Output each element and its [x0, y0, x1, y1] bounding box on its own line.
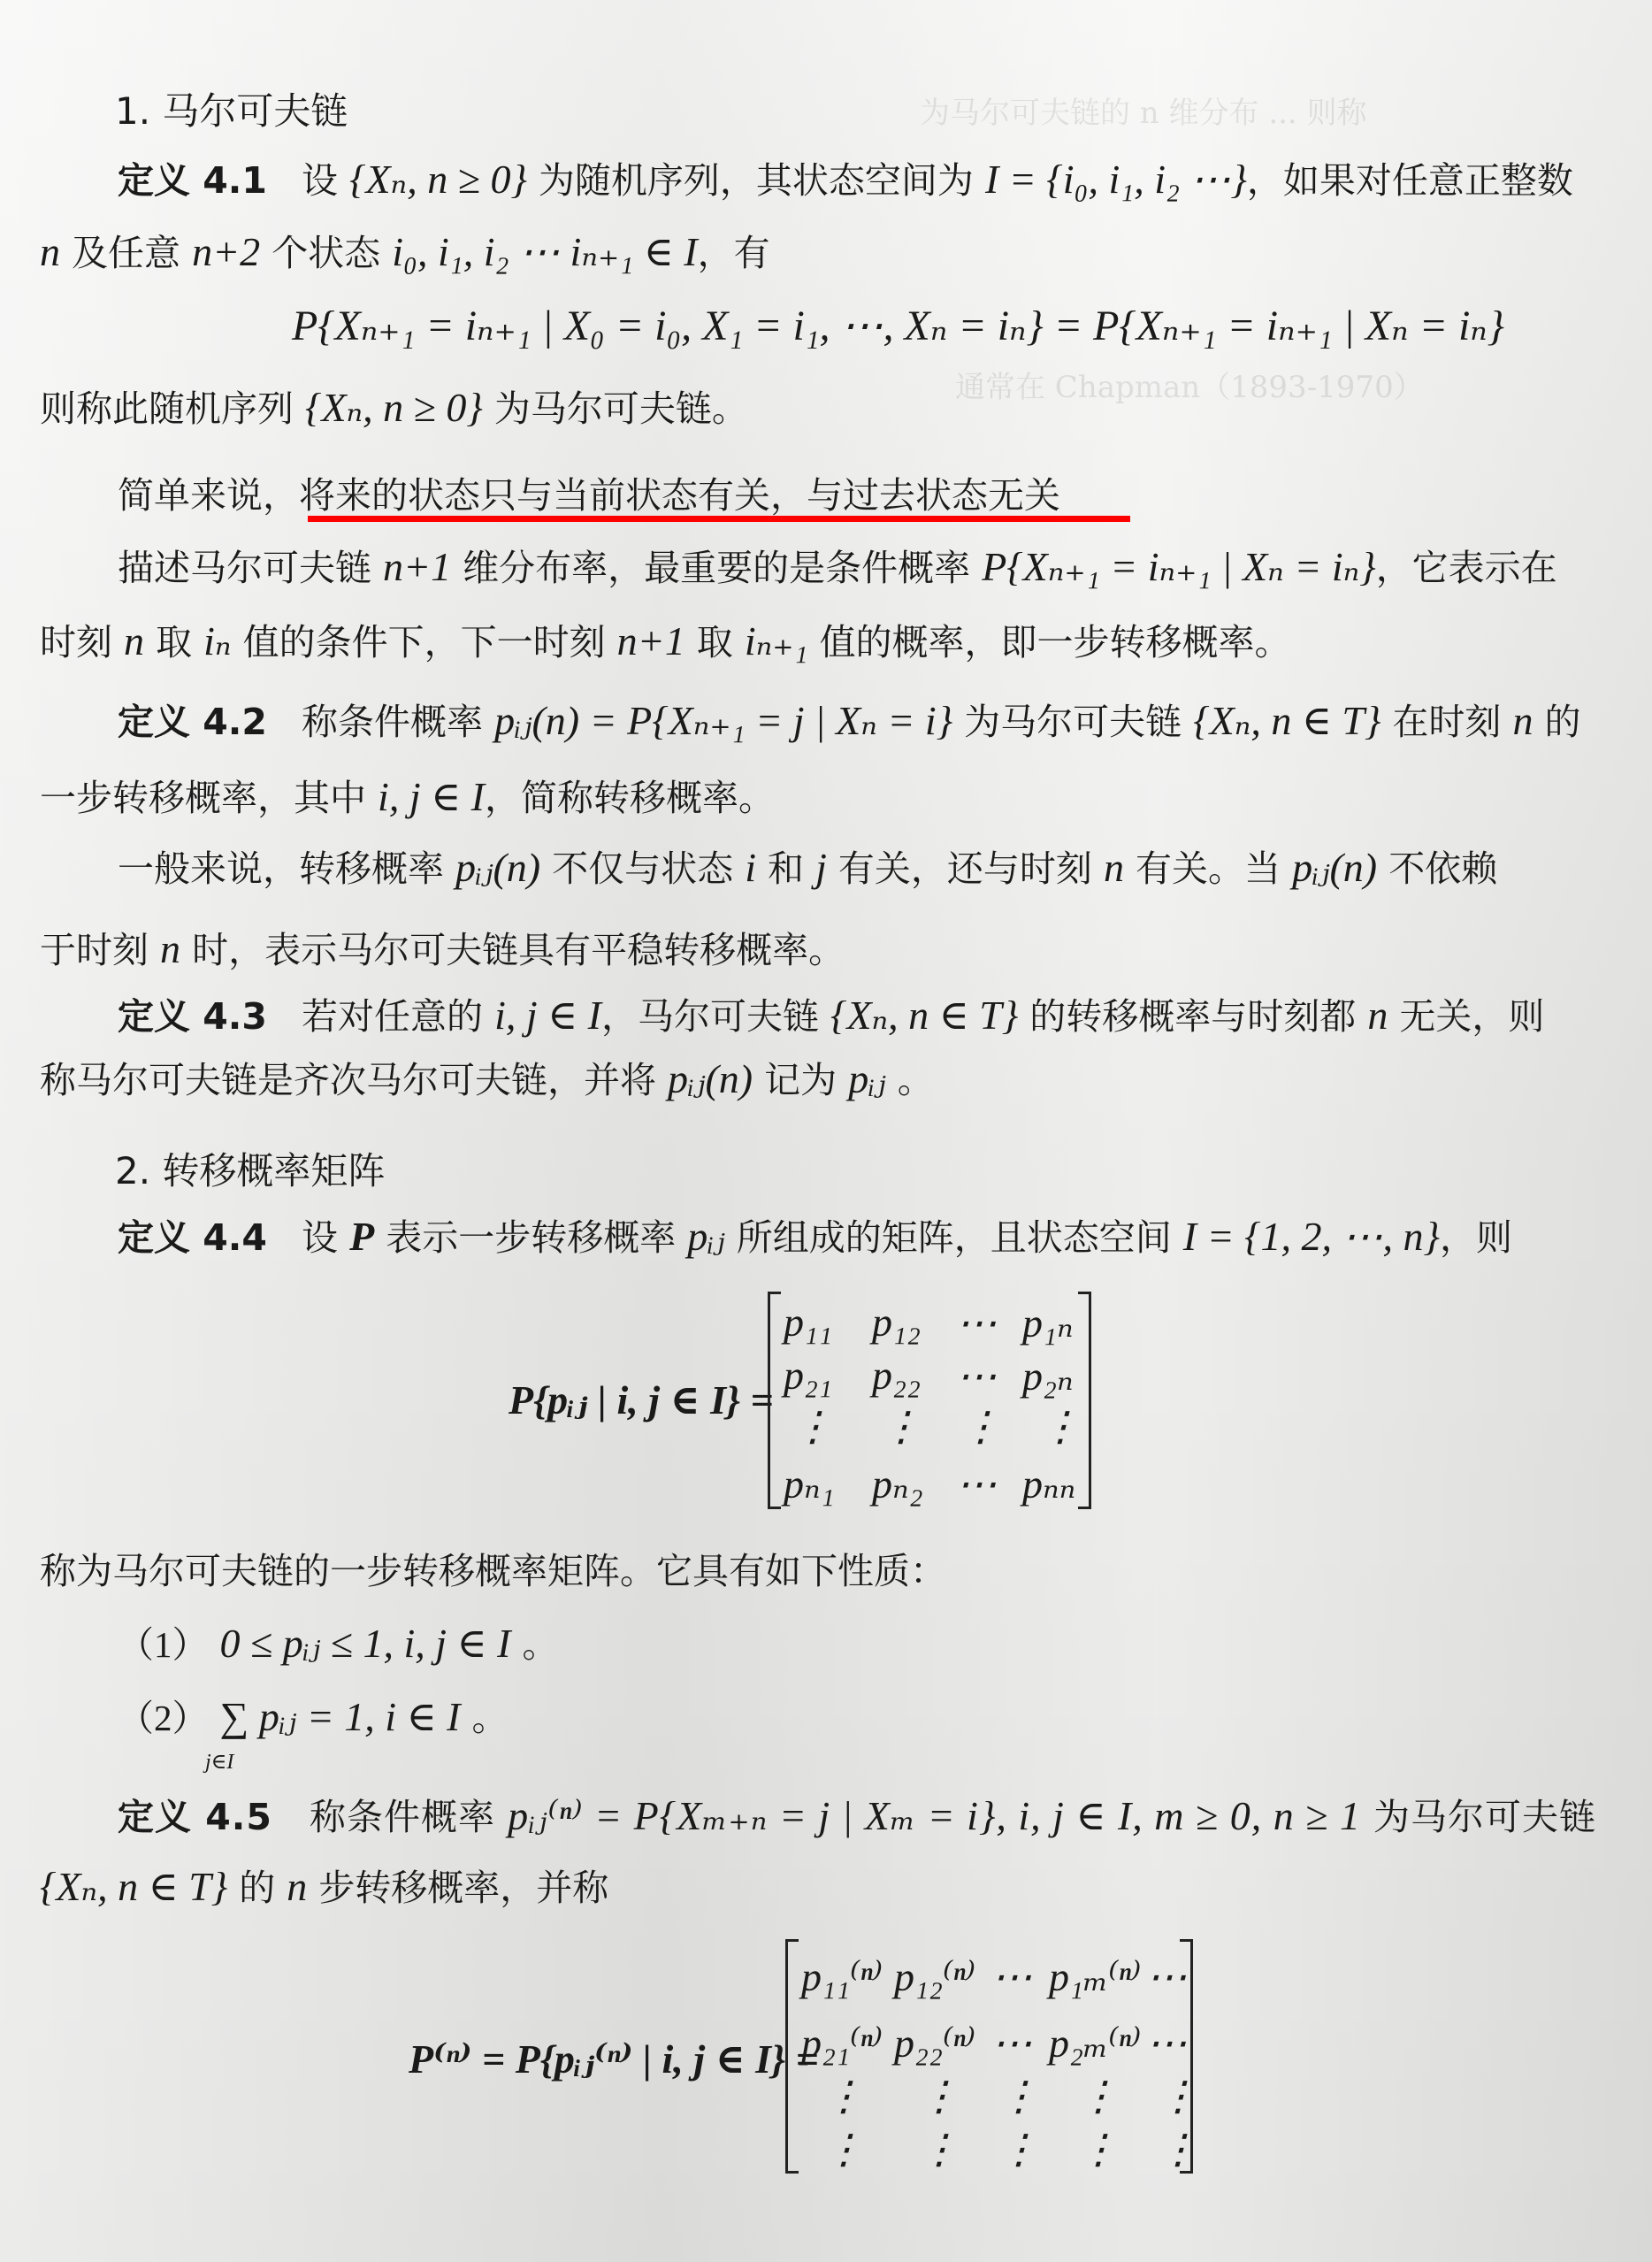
matrix-cell: p₂ₙ [1022, 1352, 1074, 1399]
paragraph-3-line-1: 一般来说，转移概率 pᵢⱼ(n) 不仅与状态 i 和 j 有关，还与时刻 n 有… [118, 847, 1497, 888]
matrix-cell: p₂₂ [872, 1352, 921, 1399]
math-inline: pᵢⱼ(n) [668, 1056, 753, 1101]
math-inline: pᵢⱼ(n) = P{Xₙ₊₁ = j | Xₙ = i} [494, 698, 952, 743]
text: 则称此随机序列 [40, 387, 294, 430]
math-inline: n [160, 926, 180, 971]
text: 一般来说，转移概率 [118, 847, 444, 890]
text: 表示一步转移概率 [386, 1216, 676, 1259]
math-inline: j [815, 845, 827, 890]
text: 时，表示马尔可夫链具有平稳转移概率。 [192, 929, 845, 971]
matrix-description: 称为马尔可夫链的一步转移概率矩阵。它具有如下性质： [40, 1553, 946, 1590]
text: 为随机序列，其状态空间为 [539, 159, 974, 202]
definition-label: 定义 4.5 [118, 1796, 272, 1838]
text: 为马尔可夫链 [1373, 1796, 1596, 1838]
text: 设 [302, 1216, 338, 1259]
math-inline: iₙ [203, 618, 231, 663]
math-inline: n [40, 229, 60, 274]
text: 简单来说， [118, 474, 299, 517]
math-inline: n [1104, 845, 1124, 890]
matrix-cell: pₙₙ [1022, 1460, 1075, 1507]
matrix-cell: ⋮ [1078, 2125, 1119, 2173]
text: 维分布率，最重要的是条件概率 [463, 547, 970, 589]
math-inline: n+1 [617, 618, 685, 663]
text: 值的条件下，下一时刻 [243, 621, 606, 663]
math-inline: n [1512, 698, 1533, 743]
text: ，有 [698, 232, 770, 274]
math-inline: pᵢⱼ [848, 1056, 885, 1101]
matrix-cell: p₂₁ [784, 1352, 832, 1399]
math-inline: n [287, 1864, 307, 1909]
matrix-cell: ⋮ [1158, 2125, 1198, 2173]
math-inline: {Xₙ, n ≥ 0} [305, 385, 483, 430]
definition-label: 定义 4.3 [118, 995, 267, 1038]
text: ，简称转移概率。 [485, 777, 775, 819]
math-inline: {Xₙ, n ∈ T} [1193, 698, 1380, 743]
definition-4-1-line-2: n 及任意 n+2 个状态 i₀, i₁, i₂ ⋯ iₙ₊₁ ∈ I，有 [40, 232, 770, 272]
definition-label: 定义 4.4 [118, 1216, 267, 1259]
highlighted-phrase: 将来的状态只与当前状态有关，与过去状态无关 [299, 474, 1060, 517]
matrix-cell: p₁ₘ⁽ⁿ⁾ [1049, 1952, 1141, 2000]
matrix-cell: ⋮ [1078, 2072, 1119, 2120]
matrix-cell: p₁₂⁽ⁿ⁾ [894, 1952, 975, 2000]
text: 不依赖 [1388, 847, 1497, 890]
text: 有关。当 [1136, 847, 1281, 890]
matrix-cell: ⋯ [991, 2019, 1032, 2066]
math-inline: pᵢⱼ⁽ⁿ⁾ = P{Xₘ₊ₙ = j | Xₘ = i}, i, j ∈ I,… [508, 1793, 1361, 1838]
bleed-through-text: 通常在 Chapman（1893-1970） [955, 363, 1424, 406]
text: 称马尔可夫链是齐次马尔可夫链，并将 [40, 1059, 656, 1101]
text: 。 [898, 1059, 934, 1101]
text: 描述马尔可夫链 [118, 547, 371, 589]
matrix-cell: p₂ₘ⁽ⁿ⁾ [1049, 2019, 1141, 2066]
definition-4-5-line-1: 定义 4.5 称条件概率 pᵢⱼ⁽ⁿ⁾ = P{Xₘ₊ₙ = j | Xₘ = … [118, 1796, 1596, 1836]
matrix-cell: ⋯ [956, 1299, 997, 1346]
text: 步转移概率，并称 [318, 1867, 608, 1909]
math-inline: pᵢⱼ(n) [455, 845, 540, 890]
text: ，它表示在 [1376, 547, 1557, 589]
text: 的 [1545, 701, 1581, 743]
matrix-cell: ⋮ [998, 2072, 1039, 2120]
definition-4-5-line-2: {Xₙ, n ∈ T} 的 n 步转移概率，并称 [40, 1867, 608, 1907]
math-inline: n [1367, 993, 1388, 1038]
math-inline: n+1 [383, 544, 451, 589]
text: 在时刻 [1392, 701, 1501, 743]
matrix-cell: ⋮ [1040, 1402, 1081, 1450]
property-number: （1） [118, 1624, 209, 1665]
math-inline: i, j ∈ I [494, 993, 601, 1038]
one-step-transition-matrix: p₁₁ p₁₂ ⋯ p₁ₙ p₂₁ p₂₂ ⋯ p₂ₙ ⋮ ⋮ ⋮ ⋮ pₙ₁ … [768, 1292, 1091, 1509]
text: 和 [768, 847, 804, 890]
matrix-cell: ⋮ [823, 2072, 864, 2120]
matrix-cell: ⋮ [919, 2072, 960, 2120]
matrix-cell: ⋯ [1146, 1952, 1187, 2000]
definition-4-2-line-2: 一步转移概率，其中 i, j ∈ I，简称转移概率。 [40, 777, 775, 817]
text: 。 [522, 1623, 558, 1666]
math-inline: {Xₙ, n ∈ T} [830, 993, 1018, 1038]
definition-4-2-line-1: 定义 4.2 称条件概率 pᵢⱼ(n) = P{Xₙ₊₁ = j | Xₙ = … [118, 701, 1581, 741]
math-inline: {Xₙ, n ∈ T} [40, 1864, 227, 1909]
text: 的转移概率与时刻都 [1029, 995, 1356, 1038]
text: 设 [302, 159, 338, 202]
matrix-cell: ⋮ [1158, 2072, 1198, 2120]
matrix-cell: ⋯ [991, 1952, 1032, 2000]
text: ，则 [1440, 1216, 1512, 1259]
definition-4-3-line-1: 定义 4.3 若对任意的 i, j ∈ I，马尔可夫链 {Xₙ, n ∈ T} … [118, 995, 1544, 1036]
math-inline: {Xₙ, n ≥ 0} [349, 157, 527, 202]
text: 为马尔可夫链 [964, 701, 1182, 743]
matrix-cell: ⋯ [956, 1352, 997, 1399]
text: 有关，还与时刻 [838, 847, 1092, 890]
math-inline: P{Xₙ₊₁ = iₙ₊₁ | Xₙ = iₙ} [982, 544, 1376, 589]
section-heading-transition-matrix: 2. 转移概率矩阵 [115, 1153, 385, 1190]
bleed-through-text: 为马尔可夫链的 n 维分布 ... 则称 [920, 88, 1367, 132]
text: ，马尔可夫链 [601, 995, 819, 1038]
matrix-cell: p₁₁ [784, 1299, 832, 1346]
math-inline: i₀, i₁, i₂ ⋯ iₙ₊₁ ∈ I [392, 229, 697, 274]
text: 若对任意的 [302, 995, 483, 1038]
text: 取 [156, 621, 192, 663]
paragraph-3-line-2: 于时刻 n 时，表示马尔可夫链具有平稳转移概率。 [40, 929, 845, 970]
red-underline-annotation [308, 516, 1130, 522]
text: 时刻 [40, 621, 112, 663]
math-inline: i, j ∈ I [378, 774, 485, 819]
text: 。 [472, 1697, 509, 1739]
matrix-cell: pₙ₂ [872, 1460, 923, 1507]
matrix-cell: p₂₁⁽ⁿ⁾ [801, 2019, 883, 2066]
markov-property-equation: P{Xₙ₊₁ = iₙ₊₁ | X₀ = i₀, X₁ = i₁, ⋯, Xₙ … [292, 305, 1504, 348]
matrix-cell: pₙ₁ [784, 1460, 835, 1507]
section-heading-markov-chain: 1. 马尔可夫链 [115, 93, 348, 130]
text: 为马尔可夫链。 [494, 387, 748, 430]
property-1: （1） 0 ≤ pᵢⱼ ≤ 1, i, j ∈ I 。 [118, 1623, 558, 1664]
text: 称条件概率 [310, 1796, 495, 1838]
math-inline: I = {1, 2, ⋯, n} [1183, 1214, 1440, 1259]
math-inline: iₙ₊₁ [745, 618, 808, 663]
math-inline: n+2 [192, 229, 260, 274]
text: 个状态 [272, 232, 380, 274]
math-inline: pᵢⱼ [687, 1214, 724, 1259]
matrix-cell: p₁₁⁽ⁿ⁾ [801, 1952, 883, 2000]
math-inline: P [349, 1214, 374, 1259]
math-inline: n [124, 618, 144, 663]
definition-label: 定义 4.1 [118, 159, 267, 202]
matrix-cell: ⋮ [960, 1402, 1001, 1450]
definition-4-3-line-2: 称马尔可夫链是齐次马尔可夫链，并将 pᵢⱼ(n) 记为 pᵢⱼ 。 [40, 1059, 934, 1100]
matrix-cell: ⋯ [1146, 2019, 1187, 2066]
text: 取 [697, 621, 733, 663]
paragraph-2-line-1: 描述马尔可夫链 n+1 维分布率，最重要的是条件概率 P{Xₙ₊₁ = iₙ₊₁… [118, 547, 1557, 587]
summary-line: 简单来说，将来的状态只与当前状态有关，与过去状态无关 [118, 478, 1060, 514]
math-inline: i [745, 845, 756, 890]
text: 不仅与状态 [552, 847, 733, 890]
definition-label: 定义 4.2 [118, 701, 267, 743]
definition-4-4-line-1: 定义 4.4 设 P 表示一步转移概率 pᵢⱼ 所组成的矩阵，且状态空间 I =… [118, 1216, 1512, 1257]
text: 于时刻 [40, 929, 149, 971]
text: 记为 [764, 1059, 837, 1101]
n-step-matrix-lhs: P⁽ⁿ⁾ = P{pᵢⱼ⁽ⁿ⁾ | i, j ∈ I} = [409, 2039, 819, 2080]
math-inline: I = {i₀, i₁, i₂ ⋯} [985, 157, 1247, 202]
paragraph-2-line-2: 时刻 n 取 iₙ 值的条件下，下一时刻 n+1 取 iₙ₊₁ 值的概率，即一步… [40, 621, 1291, 662]
matrix-cell: p₁₂ [872, 1299, 921, 1346]
sum-subscript: j∈I [205, 1752, 233, 1773]
matrix-cell: ⋮ [881, 1402, 922, 1450]
text: 及任意 [72, 232, 180, 274]
definition-4-1-line-1: 定义 4.1 设 {Xₙ, n ≥ 0} 为随机序列，其状态空间为 I = {i… [118, 159, 1573, 200]
matrix-cell: ⋮ [792, 1402, 833, 1450]
text: 值的概率，即一步转移概率。 [820, 621, 1291, 663]
n-step-transition-matrix: p₁₁⁽ⁿ⁾ p₁₂⁽ⁿ⁾ ⋯ p₁ₘ⁽ⁿ⁾ ⋯ p₂₁⁽ⁿ⁾ p₂₂⁽ⁿ⁾ ⋯… [785, 1939, 1193, 2174]
text: 所组成的矩阵，且状态空间 [737, 1216, 1172, 1259]
math-inline: pᵢⱼ(n) [1292, 845, 1377, 890]
text: 无关，则 [1399, 995, 1544, 1038]
property-number: （2） [118, 1698, 209, 1738]
one-step-matrix-lhs: P{pᵢⱼ | i, j ∈ I} = [509, 1380, 774, 1421]
matrix-cell: ⋮ [919, 2125, 960, 2173]
matrix-cell: ⋮ [998, 2125, 1039, 2173]
matrix-cell: p₁ₙ [1022, 1299, 1074, 1346]
definition-4-1-conclusion: 则称此随机序列 {Xₙ, n ≥ 0} 为马尔可夫链。 [40, 387, 748, 428]
matrix-cell: p₂₂⁽ⁿ⁾ [894, 2019, 975, 2066]
text: 的 [239, 1867, 275, 1909]
property-2: （2） ∑ pᵢⱼ = 1, i ∈ I 。 [118, 1697, 509, 1737]
text: 一步转移概率，其中 [40, 777, 366, 819]
matrix-cell: ⋮ [823, 2125, 864, 2173]
math-inline: ∑ pᵢⱼ = 1, i ∈ I [220, 1694, 461, 1739]
text: 称条件概率 [302, 701, 483, 743]
matrix-cell: ⋯ [956, 1460, 997, 1507]
text: ，如果对任意正整数 [1247, 159, 1573, 202]
math-inline: 0 ≤ pᵢⱼ ≤ 1, i, j ∈ I [220, 1621, 511, 1666]
